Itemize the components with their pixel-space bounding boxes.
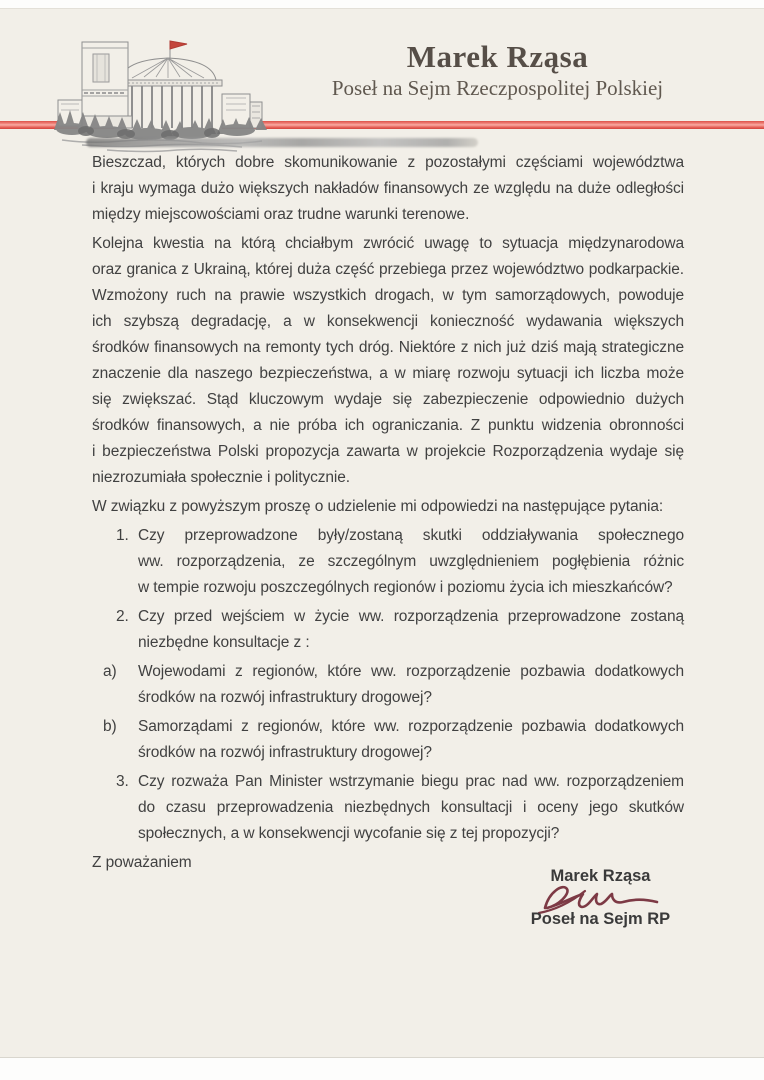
text-line: znaczenie dla naszego bezpieczeństwa, a … xyxy=(92,361,684,387)
text-line: ich szybszą degradację, a w konsekwencji… xyxy=(92,309,684,335)
list-marker: a) xyxy=(103,659,117,685)
list-item: b)Samorządami z regionów, które ww. rozp… xyxy=(92,714,684,766)
text-line: i kraju wymaga dużo większych nakładów f… xyxy=(92,176,684,202)
text-line: środków na rozwój infrastruktury drogowe… xyxy=(138,740,684,766)
list-marker: b) xyxy=(103,714,117,740)
text-line: środków finansowych na remonty tych dróg… xyxy=(92,335,684,361)
text-line: niezbędne konsultacje z : xyxy=(138,630,684,656)
text-line: niezrozumiała społecznie i politycznie. xyxy=(92,465,684,491)
letter-body: Bieszczad, których dobre skomunikowanie … xyxy=(92,150,684,879)
text-line: społecznych, a w konsekwencji wycofanie … xyxy=(138,821,684,847)
text-line: Wzmożony ruch na prawie wszystkich droga… xyxy=(92,283,684,309)
list-marker: 3. xyxy=(116,769,129,795)
text-line: Czy przed wejściem w życie ww. rozporząd… xyxy=(138,604,684,630)
list-item: a)Wojewodami z regionów, które ww. rozpo… xyxy=(92,659,684,711)
list-item: 1.Czy przeprowadzone były/zostaną skutki… xyxy=(92,523,684,601)
list-item: 2.Czy przed wejściem w życie ww. rozporz… xyxy=(92,604,684,656)
text-line: Czy rozważa Pan Minister wstrzymanie bie… xyxy=(138,769,684,795)
text-line: się zwiększać. Stąd kluczowym wydaje się… xyxy=(92,387,684,413)
text-line: środków finansowych, a nie próba ich ogr… xyxy=(92,413,684,439)
text-line: środków na rozwój infrastruktury drogowe… xyxy=(138,685,684,711)
letterhead: Marek Rząsa Poseł na Sejm Rzeczpospolite… xyxy=(305,40,690,101)
letterhead-title: Poseł na Sejm Rzeczpospolitej Polskiej xyxy=(305,75,690,101)
text-line: i bezpieczeństwa Polski propozycja zawar… xyxy=(92,439,684,465)
signature-title: Poseł na Sejm RP xyxy=(513,909,688,929)
scanned-letter-page: { "letterhead": { "name": "Marek Rząsa",… xyxy=(0,0,764,1080)
text-line: W związku z powyższym proszę o udzieleni… xyxy=(92,494,684,520)
text-line: Samorządami z regionów, które ww. rozpor… xyxy=(138,714,684,740)
text-line: Czy przeprowadzone były/zostaną skutki o… xyxy=(138,523,684,549)
scan-artifact-smudge xyxy=(86,138,478,147)
paragraph: Kolejna kwestia na którą chciałbym zwróc… xyxy=(92,231,684,491)
text-line: ww. rozporządzenia, ze szczególnym uwzgl… xyxy=(138,549,684,575)
paragraph: Bieszczad, których dobre skomunikowanie … xyxy=(92,150,684,228)
signature-block: Marek Rząsa Poseł na Sejm RP xyxy=(513,866,688,929)
text-line: do czasu przeprowadzenia niezbędnych kon… xyxy=(138,795,684,821)
text-line: Bieszczad, których dobre skomunikowanie … xyxy=(92,150,684,176)
sejm-building-illustration-icon xyxy=(52,32,272,154)
text-line: Wojewodami z regionów, które ww. rozporz… xyxy=(138,659,684,685)
text-line: oraz granica z Ukrainą, której duża częś… xyxy=(92,257,684,283)
list-marker: 1. xyxy=(116,523,129,549)
text-line: między miejscowościami oraz trudne warun… xyxy=(92,202,684,228)
paragraph: W związku z powyższym proszę o udzieleni… xyxy=(92,494,684,520)
text-line: w tempie rozwoju poszczególnych regionów… xyxy=(138,575,684,601)
letterhead-name: Marek Rząsa xyxy=(305,40,690,74)
text-line: Kolejna kwestia na którą chciałbym zwróc… xyxy=(92,231,684,257)
list-item: 3.Czy rozważa Pan Minister wstrzymanie b… xyxy=(92,769,684,847)
list-marker: 2. xyxy=(116,604,129,630)
